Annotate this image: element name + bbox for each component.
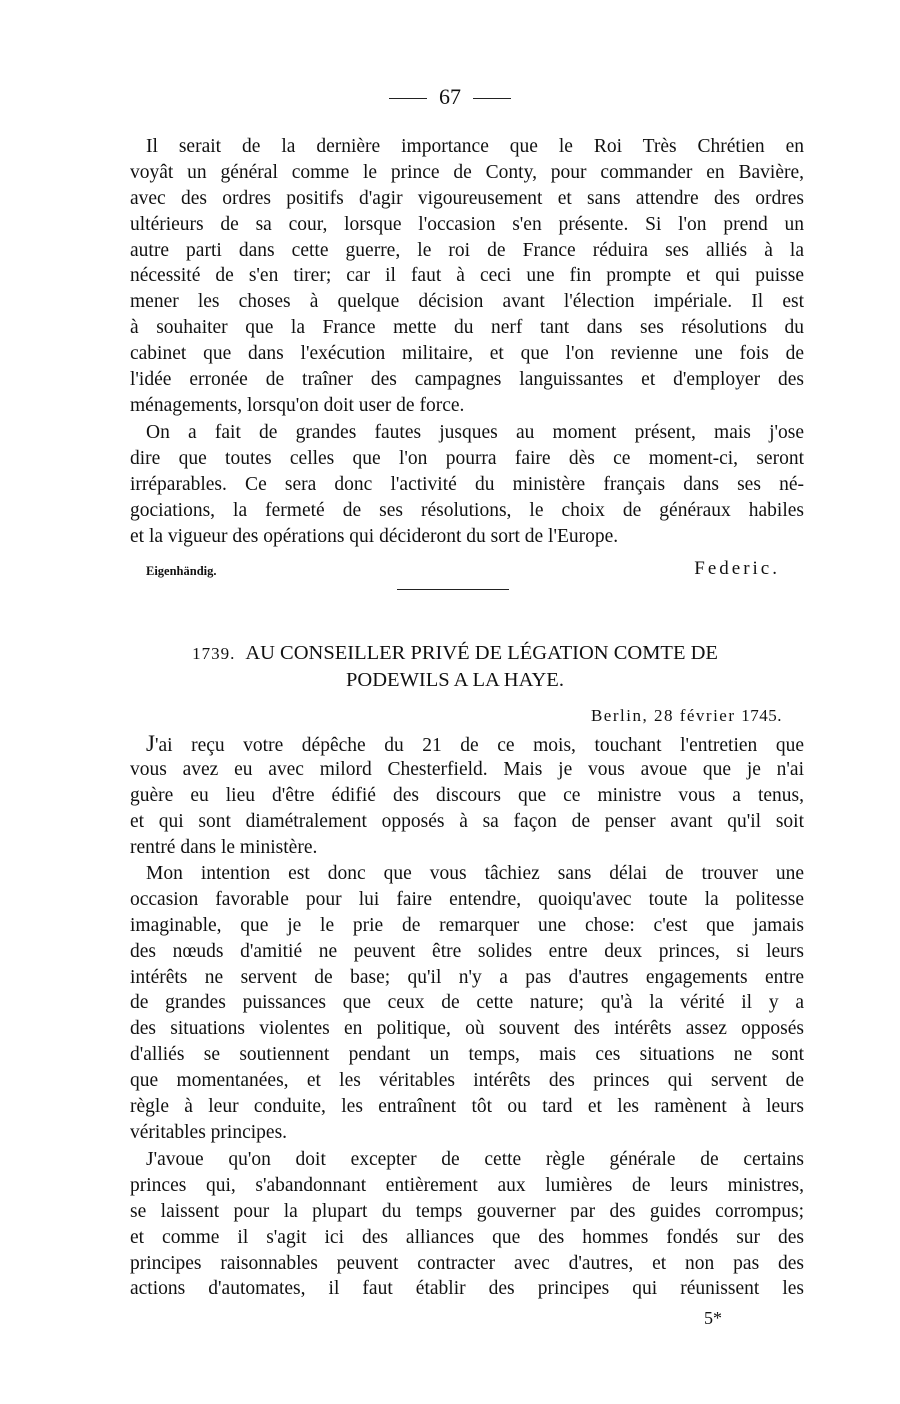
dateline-year: 1745. xyxy=(741,706,782,725)
text-line: actions d'automates, il faut établir des… xyxy=(130,1276,804,1302)
text-line: J'avoue qu'on doit excepter de cette règ… xyxy=(130,1147,804,1173)
letter-heading-text: AU CONSEILLER PRIVÉ DE LÉGATION COMTE DE xyxy=(245,642,718,664)
text-line: vous avez eu avec milord Chesterfield. M… xyxy=(130,757,804,783)
letter-heading-line-1: 1739.AU CONSEILLER PRIVÉ DE LÉGATION COM… xyxy=(120,640,790,667)
page-number-dash-right xyxy=(473,98,511,99)
text-line: imaginable, que je le prie de remarquer … xyxy=(130,913,804,939)
text-line: à souhaiter que la France mette du nerf … xyxy=(130,315,804,341)
text-line: gociations, la fermeté de ses résolution… xyxy=(130,498,804,524)
text-line: princes qui, s'abandonnant entièrement a… xyxy=(130,1173,804,1199)
dateline-place: Berlin, 28 février xyxy=(591,706,736,725)
text-line: que momentanées, et les véritables intér… xyxy=(130,1068,804,1094)
text-line: dire que toutes celles que l'on pourra f… xyxy=(130,446,804,472)
paragraph-5: J'avoue qu'on doit excepter de cette règ… xyxy=(130,1147,804,1302)
section-divider xyxy=(397,589,509,590)
text-line: On a fait de grandes fautes jusques au m… xyxy=(130,420,804,446)
text-line: cabinet que dans l'exécution militaire, … xyxy=(130,341,804,367)
text-line: irréparables. Ce sera donc l'activité du… xyxy=(130,472,804,498)
text-line: occasion favorable pour lui faire entend… xyxy=(130,887,804,913)
text-line: des situations violentes en politique, o… xyxy=(130,1016,804,1042)
signature-row: Eigenhändig. Federic. xyxy=(130,558,780,584)
paragraph-1: Il serait de la dernière importance que … xyxy=(130,134,804,419)
initial-letter: J xyxy=(146,731,155,756)
autograph-note: Eigenhändig. xyxy=(146,564,217,579)
text-line: voyât un général comme le prince de Cont… xyxy=(130,160,804,186)
text-line: se laissent pour la plupart du temps gou… xyxy=(130,1199,804,1225)
text-line: principes raisonnables peuvent contracte… xyxy=(130,1251,804,1277)
paragraph-3: J'ai reçu votre dépêche du 21 de ce mois… xyxy=(130,731,804,860)
text-line: guère eu lieu d'être édifié des discours… xyxy=(130,783,804,809)
text-line-content: 'ai reçu votre dépêche du 21 de ce mois,… xyxy=(155,735,804,756)
letter-number: 1739. xyxy=(192,644,235,663)
text-line: l'idée erronée de traîner des campagnes … xyxy=(130,367,804,393)
signature-mark: 5* xyxy=(704,1308,722,1329)
text-line: J'ai reçu votre dépêche du 21 de ce mois… xyxy=(130,731,804,757)
text-line: ultérieurs de sa cour, lorsque l'occasio… xyxy=(130,212,804,238)
text-line: mener les choses à quelque décision avan… xyxy=(130,289,804,315)
text-line: et la vigueur des opérations qui décider… xyxy=(130,524,804,550)
text-line: ménagements, lorsqu'on doit user de forc… xyxy=(130,393,804,419)
letter-heading-line-2: PODEWILS A LA HAYE. xyxy=(120,667,790,693)
text-line: véritables principes. xyxy=(130,1120,804,1146)
page-number-dash-left xyxy=(389,98,427,99)
paragraph-2: On a fait de grandes fautes jusques au m… xyxy=(130,420,804,549)
text-line: nécessité de s'en tirer; car il faut à c… xyxy=(130,263,804,289)
dateline: Berlin, 28 février 1745. xyxy=(591,706,782,726)
text-line: avec des ordres positifs d'agir vigoureu… xyxy=(130,186,804,212)
text-line: autre parti dans cette guerre, le roi de… xyxy=(130,238,804,264)
text-line: et comme il s'agit ici des alliances que… xyxy=(130,1225,804,1251)
paragraph-4: Mon intention est donc que vous tâchiez … xyxy=(130,861,804,1146)
text-line: d'alliés se soutiennent pendant un temps… xyxy=(130,1042,804,1068)
page-number-text: 67 xyxy=(439,84,461,109)
signature: Federic. xyxy=(694,558,780,580)
text-line: Il serait de la dernière importance que … xyxy=(130,134,804,160)
text-line: intérêts ne servent de base; qu'il n'y a… xyxy=(130,965,804,991)
letter-heading: 1739.AU CONSEILLER PRIVÉ DE LÉGATION COM… xyxy=(120,640,790,693)
page-number: 67 xyxy=(0,84,900,110)
text-line: Mon intention est donc que vous tâchiez … xyxy=(130,861,804,887)
text-line: règle à leur conduite, les entraînent tô… xyxy=(130,1094,804,1120)
text-line: de grandes puissances que ceux de cette … xyxy=(130,990,804,1016)
text-line: et qui sont diamétralement opposés à sa … xyxy=(130,809,804,835)
text-line: rentré dans le ministère. xyxy=(130,835,804,861)
text-line: des nœuds d'amitié ne peuvent être solid… xyxy=(130,939,804,965)
